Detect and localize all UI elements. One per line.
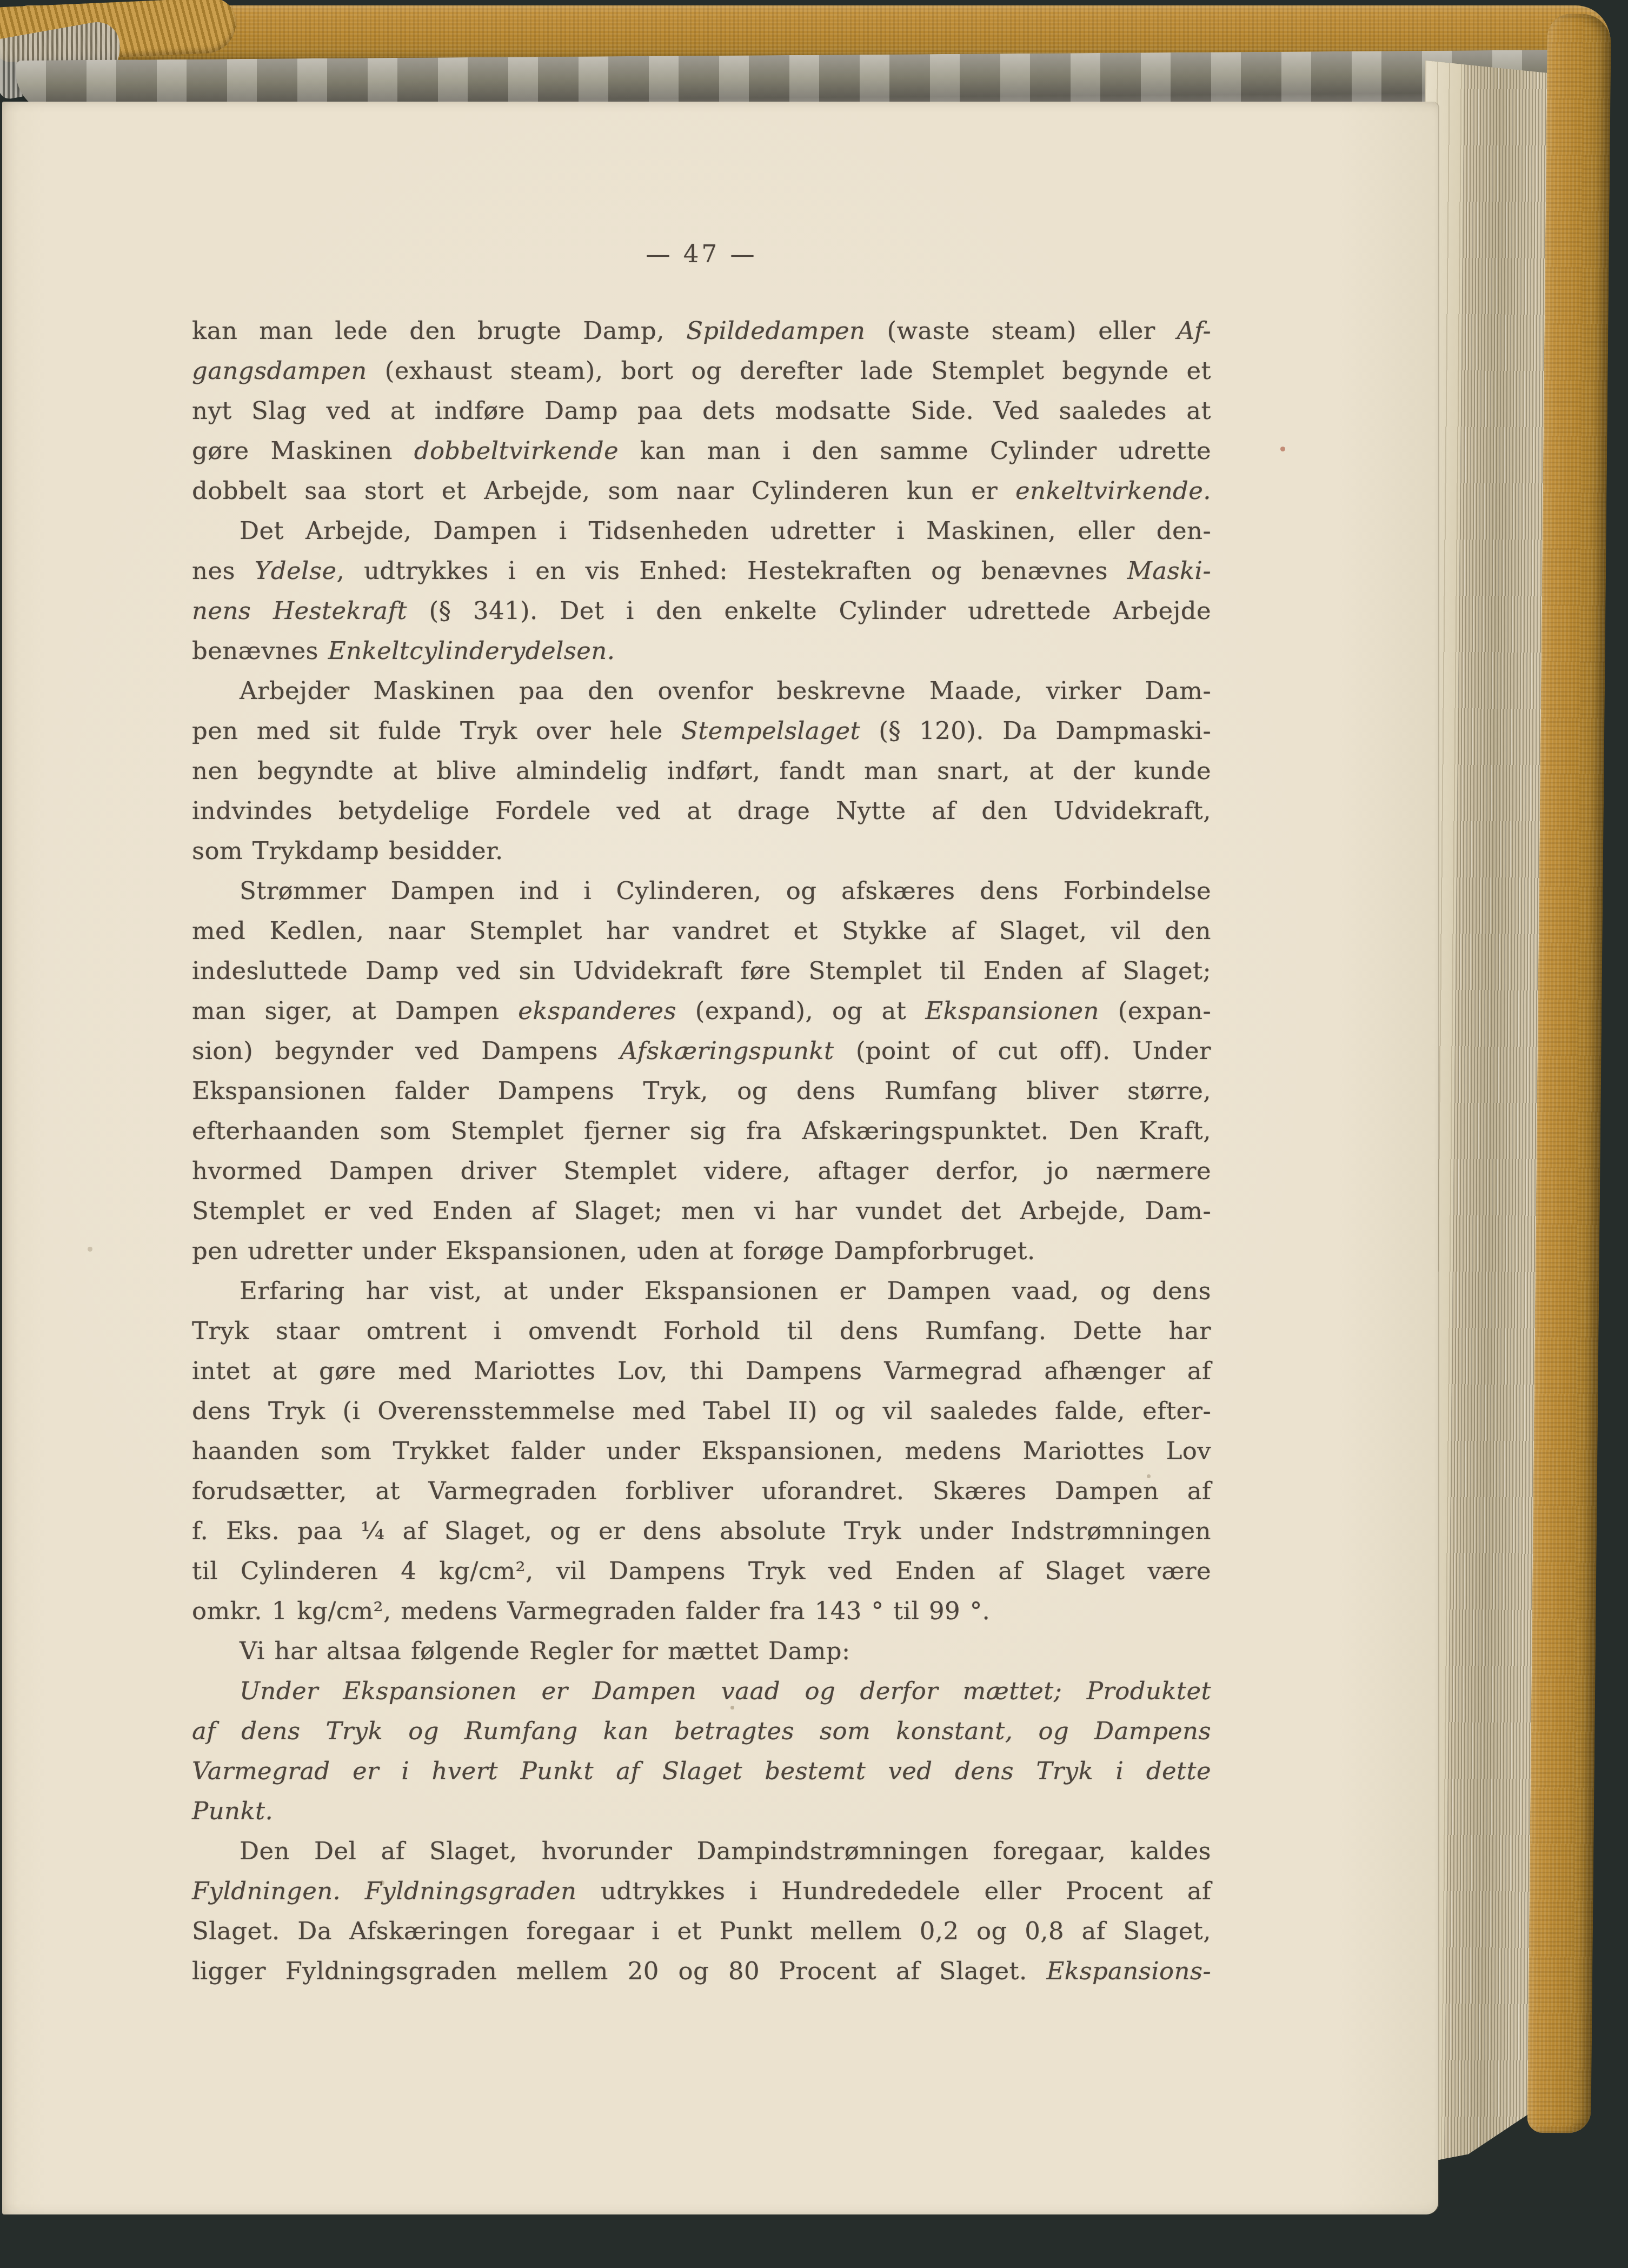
text-line: haanden som Trykket falder under Ekspans… [192,1431,1211,1471]
text-line: ligger Fyldningsgraden mellem 20 og 80 P… [192,1951,1211,1991]
text: Erfaring har vist, at under Ekspansionen… [240,1276,1211,1305]
italic-text: Fyldningen. Fyldningsgraden [192,1877,576,1905]
text: efterhaanden som Stemplet fjerner sig fr… [192,1116,1211,1145]
text: Det Arbejde, Dampen i Tidsenheden udrett… [240,516,1211,545]
body-text: kan man lede den brugte Damp, Spildedamp… [192,311,1211,1991]
text: med Kedlen, naar Stemplet har vandret et… [192,916,1211,945]
italic-text: Spildedampen [686,316,865,345]
text: Tryk staar omtrent i omvendt Forhold til… [192,1316,1211,1345]
text-line: til Cylinderen 4 kg/cm², vil Dampens Try… [192,1551,1211,1591]
text: Stemplet er ved Enden af Slaget; men vi … [192,1196,1211,1225]
text-line: pen udretter under Ekspansionen, uden at… [192,1231,1211,1271]
italic-text: ekspanderes [518,996,676,1025]
text: Arbejder Maskinen paa den ovenfor beskre… [240,676,1211,705]
italic-text: Af- [1177,316,1211,345]
paper-specks [2,102,5,104]
text: udtrykkes i Hundrededele eller Procent a… [576,1877,1211,1905]
text: (expand), og at [676,996,925,1025]
text-line: indvindes betydelige Fordele ved at drag… [192,791,1211,831]
text: Den Del af Slaget, hvorunder Dampindstrø… [240,1837,1211,1865]
text: (expan- [1099,996,1211,1025]
text-line: nens Hestekraft (§ 341). Det i den enkel… [192,591,1211,631]
text-line: Ekspansionen falder Dampens Tryk, og den… [192,1071,1211,1111]
text: indesluttede Damp ved sin Udvidekraft fø… [192,956,1211,985]
text: sion) begynder ved Dampens [192,1036,620,1065]
text: indvindes betydelige Fordele ved at drag… [192,796,1211,825]
text: nen begyndte at blive almindelig indført… [192,756,1211,785]
italic-text: Afskæringspunkt [620,1036,834,1065]
text: benævnes [192,636,328,665]
book-photo: — 47 — kan man lede den brugte Damp, Spi… [0,0,1628,2268]
italic-text: Varmegrad er i hvert Punkt af Slaget bes… [192,1757,1211,1785]
text-line: hvormed Dampen driver Stemplet videre, a… [192,1151,1211,1191]
text-line: indesluttede Damp ved sin Udvidekraft fø… [192,951,1211,991]
text: Strømmer Dampen ind i Cylinderen, og afs… [240,876,1211,905]
text-line: nyt Slag ved at indføre Damp paa dets mo… [192,391,1211,431]
text: (waste steam) eller [866,316,1177,345]
text-line: f. Eks. paa ¹⁄₄ af Slaget, og er dens ab… [192,1511,1211,1551]
text: (§ 341). Det i den enkelte Cylinder udre… [407,596,1211,625]
italic-text: af dens Tryk og Rumfang kan betragtes so… [192,1717,1211,1745]
italic-text: Under Ekspansionen er Dampen vaad og der… [240,1677,1211,1705]
text: kan man lede den brugte Damp, [192,316,686,345]
text: man siger, at Dampen [192,996,518,1025]
text-line: sion) begynder ved Dampens Afskæringspun… [192,1031,1211,1071]
text-line: man siger, at Dampen ekspanderes (expand… [192,991,1211,1031]
text: nes [192,556,255,585]
text: ligger Fyldningsgraden mellem 20 og 80 P… [192,1957,1047,1985]
text-line: nes Ydelse, udtrykkes i en vis Enhed: He… [192,551,1211,591]
text: som Trykdamp besidder. [192,836,503,865]
text-line: Under Ekspansionen er Dampen vaad og der… [192,1671,1211,1711]
text-line: Vi har altsaa følgende Regler for mættet… [192,1631,1211,1671]
text-line: med Kedlen, naar Stemplet har vandret et… [192,911,1211,951]
text: Slaget. Da Afskæringen foregaar i et Pun… [192,1917,1211,1945]
italic-text: Ydelse [255,556,337,585]
italic-text: dobbeltvirkende [414,436,619,465]
text: f. Eks. paa ¹⁄₄ af Slaget, og er dens ab… [192,1517,1211,1545]
italic-text: enkeltvirkende. [1015,476,1211,505]
text-line: benævnes Enkeltcylinderydelsen. [192,631,1211,671]
text: haanden som Trykket falder under Ekspans… [192,1436,1211,1465]
text: dens Tryk (i Overensstemmelse med Tabel … [192,1396,1211,1425]
text: forudsætter, at Varmegraden forbliver uf… [192,1476,1211,1505]
text: nyt Slag ved at indføre Damp paa dets mo… [192,396,1211,425]
text-line: Stemplet er ved Enden af Slaget; men vi … [192,1191,1211,1231]
text: (point of cut off). Under [834,1036,1211,1065]
text-line: dens Tryk (i Overensstemmelse med Tabel … [192,1391,1211,1431]
text: kan man i den samme Cylinder udrette [619,436,1211,465]
text-line: som Trykdamp besidder. [192,831,1211,871]
text-line: Den Del af Slaget, hvorunder Dampindstrø… [192,1831,1211,1871]
text: dobbelt saa stort et Arbejde, som naar C… [192,476,1015,505]
text-line: Slaget. Da Afskæringen foregaar i et Pun… [192,1911,1211,1951]
text: gøre Maskinen [192,436,414,465]
italic-text: gangsdampen [192,356,367,385]
text-line: Erfaring har vist, at under Ekspansionen… [192,1271,1211,1311]
text: pen udretter under Ekspansionen, uden at… [192,1236,1035,1265]
italic-text: nens Hestekraft [192,596,407,625]
text-line: forudsætter, at Varmegraden forbliver uf… [192,1471,1211,1511]
text: (§ 120). Da Dampmaski- [860,716,1211,745]
text: pen med sit fulde Tryk over hele [192,716,681,745]
text: hvormed Dampen driver Stemplet videre, a… [192,1156,1211,1185]
text-line: Punkt. [192,1791,1211,1831]
text: Vi har altsaa følgende Regler for mættet… [240,1637,850,1665]
text-line: nen begyndte at blive almindelig indført… [192,751,1211,791]
italic-text: Stempelslaget [681,716,860,745]
text-line: Varmegrad er i hvert Punkt af Slaget bes… [192,1751,1211,1791]
page-number: — 47 — [192,234,1211,274]
italic-text: Maski- [1127,556,1211,585]
text: intet at gøre med Mariottes Lov, thi Dam… [192,1356,1211,1385]
book-page: — 47 — kan man lede den brugte Damp, Spi… [2,102,1438,2214]
text-line: pen med sit fulde Tryk over hele Stempel… [192,711,1211,751]
text-line: Tryk staar omtrent i omvendt Forhold til… [192,1311,1211,1351]
text-line: af dens Tryk og Rumfang kan betragtes so… [192,1711,1211,1751]
text: Ekspansionen falder Dampens Tryk, og den… [192,1076,1211,1105]
italic-text: Enkeltcylinderydelsen. [328,636,615,665]
italic-text: Ekspansions- [1047,1957,1212,1985]
text-line: Fyldningen. Fyldningsgraden udtrykkes i … [192,1871,1211,1911]
text-line: Det Arbejde, Dampen i Tidsenheden udrett… [192,511,1211,551]
italic-text: Punkt. [192,1797,273,1825]
text: til Cylinderen 4 kg/cm², vil Dampens Try… [192,1557,1211,1585]
text-line: intet at gøre med Mariottes Lov, thi Dam… [192,1351,1211,1391]
italic-text: Ekspansionen [925,996,1099,1025]
text-line: omkr. 1 kg/cm², medens Varmegraden falde… [192,1591,1211,1631]
text-line: Strømmer Dampen ind i Cylinderen, og afs… [192,871,1211,911]
text-block: — 47 — kan man lede den brugte Damp, Spi… [192,234,1211,1991]
text-line: kan man lede den brugte Damp, Spildedamp… [192,311,1211,351]
text: (exhaust steam), bort og derefter lade S… [367,356,1211,385]
text: , udtrykkes i en vis Enhed: Hestekraften… [336,556,1127,585]
text-line: dobbelt saa stort et Arbejde, som naar C… [192,471,1211,511]
text-line: gøre Maskinen dobbeltvirkende kan man i … [192,431,1211,471]
text-line: Arbejder Maskinen paa den ovenfor beskre… [192,671,1211,711]
text: omkr. 1 kg/cm², medens Varmegraden falde… [192,1597,990,1625]
text-line: efterhaanden som Stemplet fjerner sig fr… [192,1111,1211,1151]
text-line: gangsdampen (exhaust steam), bort og der… [192,351,1211,391]
